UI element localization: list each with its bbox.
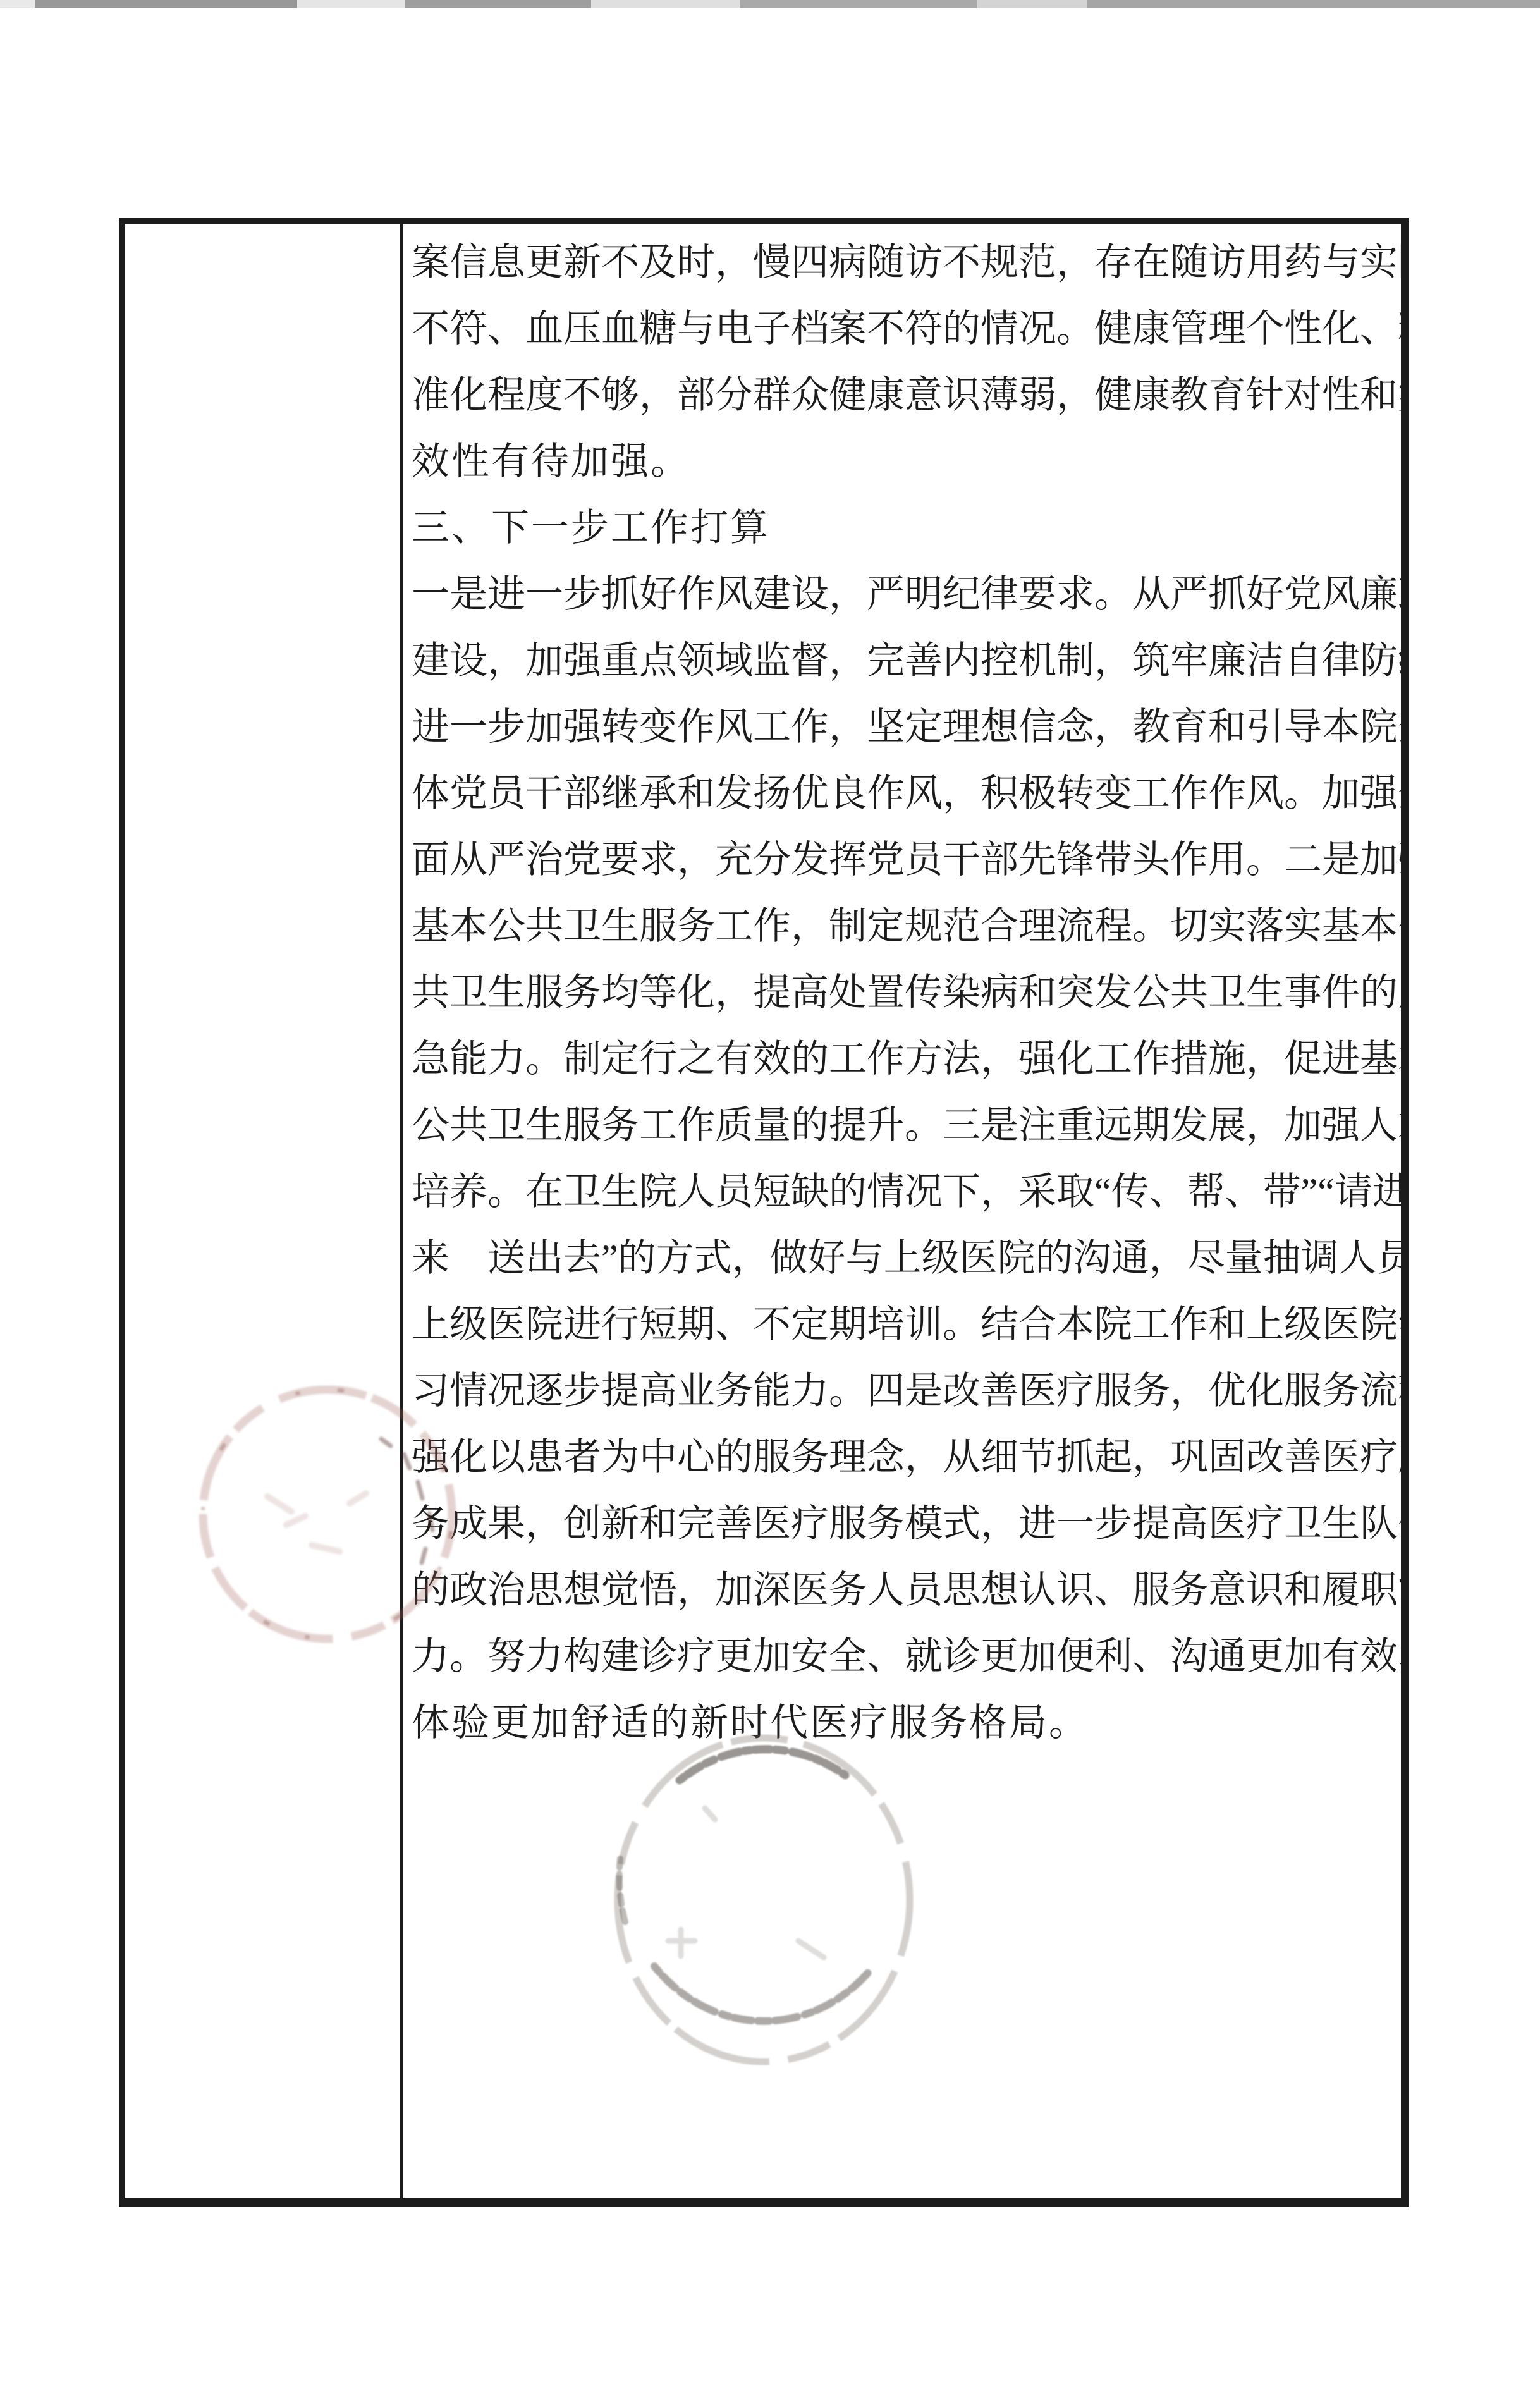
text-line: 一是进一步抓好作风建设，严明纪律要求。从严抓好党风廉政: [412, 561, 1390, 628]
text-line: 效性有待加强。: [412, 429, 1390, 495]
text-line: 体验更加舒适的新时代医疗服务格局。: [412, 1690, 1390, 1756]
report-table: 案信息更新不及时，慢四病随访不规范，存在随访用药与实际 不符、血压血糖与电子档案…: [119, 218, 1409, 2207]
text-line: 准化程度不够，部分群众健康意识薄弱，健康教育针对性和实: [412, 362, 1390, 429]
text-line: 面从严治党要求，充分发挥党员干部先锋带头作用。二是加强: [412, 827, 1390, 893]
text-line: 基本公共卫生服务工作，制定规范合理流程。切实落实基本公: [412, 893, 1390, 960]
scanned-document-page: 案信息更新不及时，慢四病随访不规范，存在随访用药与实际 不符、血压血糖与电子档案…: [0, 0, 1540, 2386]
text-line: 强化以患者为中心的服务理念，从细节抓起，巩固改善医疗服: [412, 1424, 1390, 1491]
text-line: 公共卫生服务工作质量的提升。三是注重远期发展，加强人才: [412, 1092, 1390, 1159]
text-line: 急能力。制定行之有效的工作方法，强化工作措施，促进基本: [412, 1026, 1390, 1092]
text-line: 务成果，创新和完善医疗服务模式，进一步提高医疗卫生队伍: [412, 1491, 1390, 1557]
text-line: 力。努力构建诊疗更加安全、就诊更加便利、沟通更加有效、: [412, 1624, 1390, 1690]
text-line: 建设，加强重点领域监督，完善内控机制，筑牢廉洁自律防线。: [412, 628, 1390, 694]
text-line: 的政治思想觉悟，加深医务人员思想认识、服务意识和履职能: [412, 1557, 1390, 1624]
content-column: 案信息更新不及时，慢四病随访不规范，存在随访用药与实际 不符、血压血糖与电子档案…: [403, 224, 1401, 2198]
empty-label-column: [125, 224, 403, 2198]
text-line: 进一步加强转变作风工作，坚定理想信念，教育和引导本院全: [412, 694, 1390, 761]
text-line: 案信息更新不及时，慢四病随访不规范，存在随访用药与实际: [412, 229, 1390, 296]
text-line: 来 送出去”的方式，做好与上级医院的沟通，尽量抽调人员到: [412, 1225, 1390, 1292]
scan-edge-artifact: [0, 0, 1540, 8]
section-heading: 三、下一步工作打算: [412, 495, 1390, 561]
text-line: 共卫生服务均等化，提高处置传染病和突发公共卫生事件的应: [412, 960, 1390, 1026]
text-line: 习情况逐步提高业务能力。四是改善医疗服务，优化服务流程。: [412, 1358, 1390, 1424]
text-line: 体党员干部继承和发扬优良作风，积极转变工作作风。加强全: [412, 761, 1390, 827]
text-line: 不符、血压血糖与电子档案不符的情况。健康管理个性化、精: [412, 296, 1390, 362]
text-line: 培养。在卫生院人员短缺的情况下，采取“传、帮、带”“请进: [412, 1159, 1390, 1225]
text-line: 上级医院进行短期、不定期培训。结合本院工作和上级医院学: [412, 1292, 1390, 1358]
